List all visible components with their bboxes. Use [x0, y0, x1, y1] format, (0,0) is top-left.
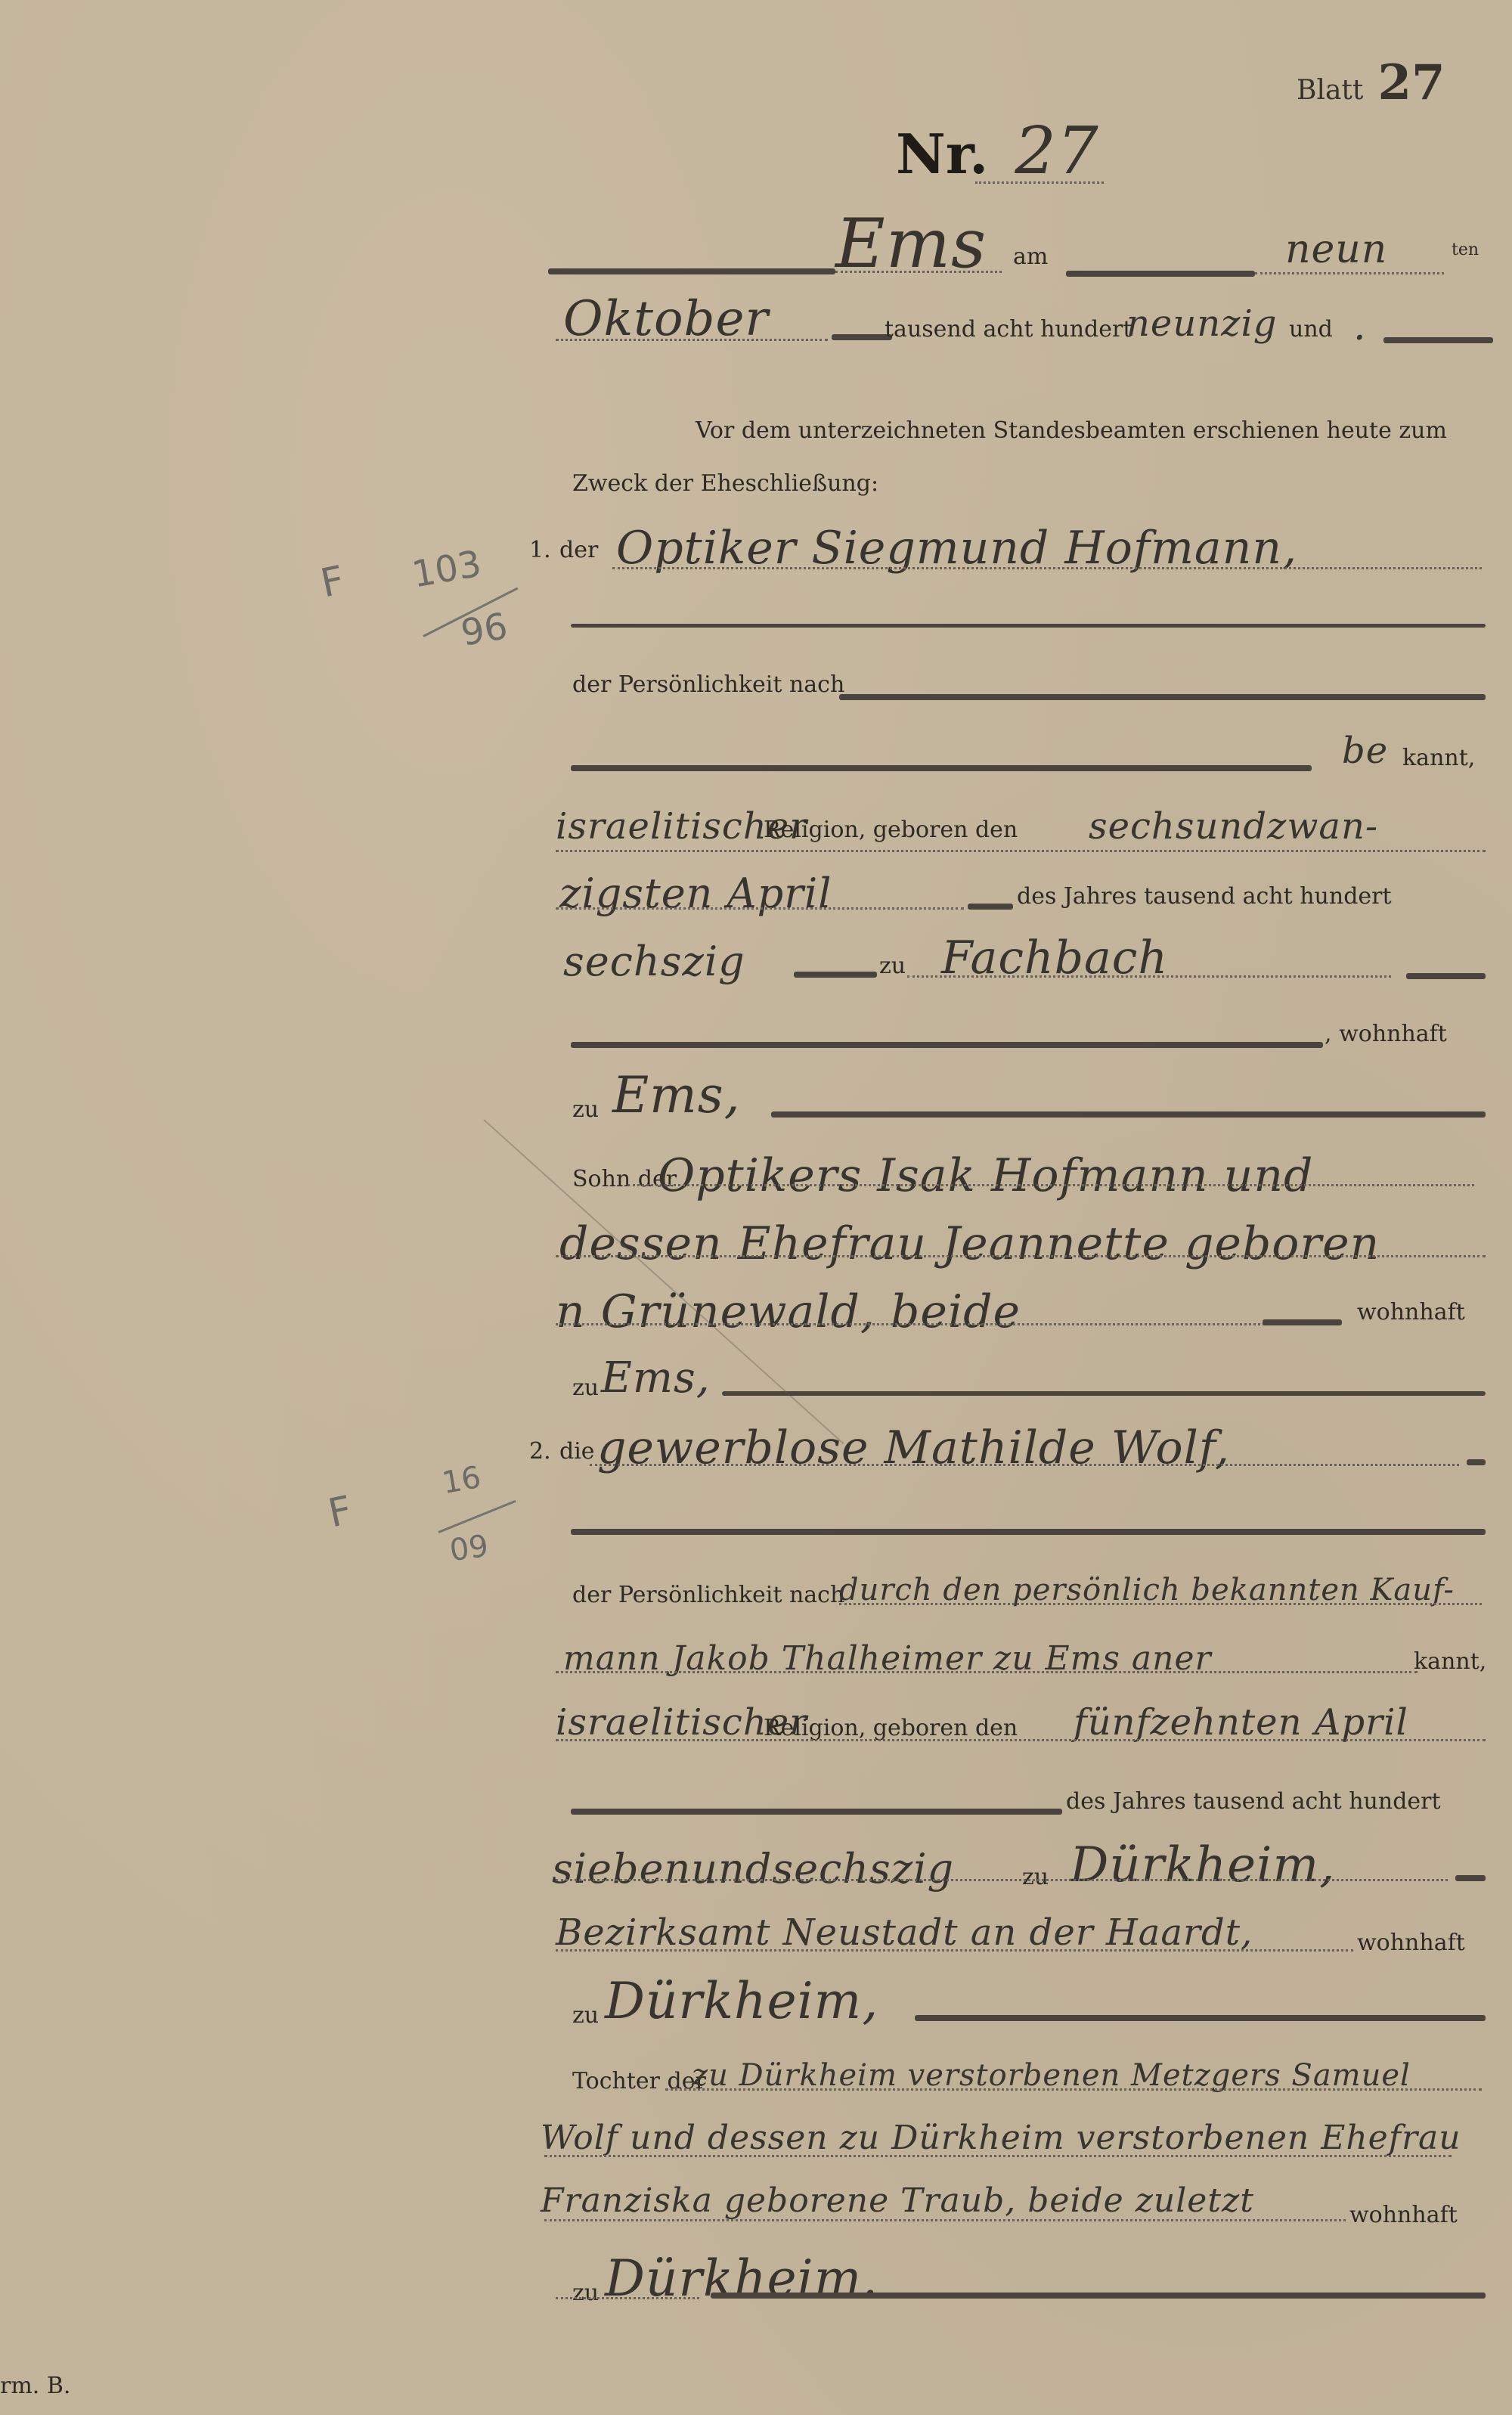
groom-name-underline [612, 567, 1482, 569]
groom-identity-label: der Persönlichkeit nach [572, 671, 844, 698]
groom-article: der [559, 537, 598, 563]
bride-religion-label: Religion, geboren den [764, 1715, 1018, 1741]
bride-birth-place: Dürkheim, [1070, 1837, 1336, 1893]
month-underline [556, 339, 828, 341]
groom-parents-underline-1 [627, 1184, 1474, 1186]
groom-birthplace-underline [907, 975, 1391, 978]
und-label: und [1289, 316, 1333, 343]
bride-name-occupation: gewerblose Mathilde Wolf, [597, 1421, 1230, 1474]
bride-identity-underline-2 [556, 1671, 1417, 1673]
groom-residence-label: , wohnhaft [1325, 1021, 1447, 1047]
groom-parents-zu-bar [722, 1391, 1486, 1396]
groom-number: 1. [529, 537, 551, 563]
bride-residence-label: wohnhaft [1357, 1930, 1465, 1956]
bride-identity-underline-1 [839, 1603, 1482, 1605]
bride-parents-residence-bar [711, 2293, 1486, 2299]
groom-religion-label: Religion, geboren den [764, 817, 1018, 843]
groom-residence-bar-2 [771, 1111, 1486, 1118]
margin-note-denominator: 96 [458, 605, 511, 655]
groom-religion-underline [556, 850, 1486, 852]
place-prefix-bar [548, 268, 835, 274]
entry-number: Nr. 27 [896, 113, 1099, 189]
groom-birth-day: sechsundzwan- [1089, 805, 1378, 848]
blatt-number: 27 [1377, 54, 1445, 111]
bride-birthplace-underline [556, 1879, 1448, 1881]
month-suffix-bar [832, 334, 892, 340]
groom-identity-bar-2 [571, 765, 1312, 771]
bride-residence-bar [915, 2015, 1486, 2021]
bride-birth-year: siebenundsechszig [552, 1845, 954, 1893]
year-prefix-label: tausend acht hundert [885, 316, 1132, 343]
und-suffix-bar [1383, 337, 1493, 343]
bride-birth-day: fünfzehnten April [1074, 1701, 1408, 1744]
bride-birth-district: Bezirksamt Neustadt an der Haardt, [556, 1911, 1253, 1954]
place-underline [835, 271, 1002, 273]
groom-year-label: des Jahres tausend acht hundert [1017, 883, 1392, 910]
groom-birthday-bar [968, 904, 1013, 910]
bride-parents-residence-label: wohnhaft [1349, 2202, 1458, 2228]
groom-birth-day-cont: zigsten April [559, 870, 832, 917]
groom-birthplace-bar [1406, 973, 1486, 979]
groom-parents-residence-label: wohnhaft [1357, 1299, 1465, 1325]
bride-residence-value: Dürkheim, [605, 1972, 878, 2030]
year-value: neunzig [1126, 302, 1278, 345]
groom-identity-bar [839, 694, 1486, 700]
groom-known-label: kannt, [1402, 745, 1475, 771]
bride-parents-line-2: Wolf und dessen zu Dürkheim verstorbenen… [541, 2119, 1461, 2157]
bride-known-label: kannt, [1414, 1648, 1486, 1675]
groom-name-bar-2 [571, 624, 1486, 628]
bride-year-label: des Jahres tausend acht hundert [1066, 1788, 1441, 1815]
day-suffix: ten [1452, 240, 1479, 259]
bride-district-underline [556, 1949, 1353, 1952]
groom-residence-bar [571, 1042, 1323, 1048]
day-underline [1255, 272, 1444, 274]
bride-identity-label: der Persönlichkeit nach [572, 1582, 844, 1608]
intro-line-1: Vor dem unterzeichneten Standesbeamten e… [696, 417, 1447, 444]
bride-name-underline [590, 1464, 1459, 1466]
groom-parents-line-2: dessen Ehefrau Jeannette geboren [559, 1217, 1380, 1270]
groom-birthyear-bar [794, 972, 877, 978]
margin-note-groom: F 103 96 [306, 556, 518, 677]
groom-birth-year: sechszig [563, 938, 745, 985]
day-prefix-bar [1066, 271, 1255, 277]
bride-parents-residence-underline [556, 2297, 699, 2299]
nr-value: 27 [1015, 113, 1098, 189]
day-value: neun [1285, 227, 1387, 272]
margin-note-symbol: F [324, 1488, 356, 1537]
und-value: . [1353, 304, 1367, 349]
margin-note-bride: F 16 09 [321, 1474, 518, 1595]
groom-parents-underline-3 [556, 1323, 1274, 1325]
bride-parents-underline-2 [544, 2155, 1452, 2157]
margin-note-denominator: 09 [448, 1529, 491, 1569]
margin-note-numerator: 16 [439, 1460, 483, 1501]
intro-line-2: Zweck der Eheschließung: [572, 470, 878, 497]
nr-underline [975, 181, 1104, 184]
bride-parents-underline-3 [544, 2219, 1346, 2221]
groom-birthday-underline [556, 907, 964, 910]
form-label: rm. B. [0, 2373, 70, 2399]
groom-parents-residence-zu: zu [572, 1375, 599, 1401]
groom-residence-value: Ems, [612, 1066, 741, 1124]
groom-zu-label: zu [879, 953, 906, 979]
am-label: am [1013, 243, 1048, 270]
bride-name-bar [1467, 1459, 1486, 1465]
groom-residence-zu: zu [572, 1096, 599, 1123]
margin-note-numerator: 103 [409, 542, 485, 596]
groom-parents-underline-2 [556, 1255, 1486, 1257]
margin-note-symbol: F [317, 558, 349, 607]
bride-birthplace-bar [1455, 1875, 1486, 1881]
bride-parents-residence-zu: zu [572, 2280, 599, 2306]
bride-zu-label: zu [1022, 1864, 1049, 1890]
blatt-label: Blatt [1297, 75, 1363, 106]
groom-parents-line-3: n Grünewald, beide [556, 1285, 1021, 1338]
groom-parents-line-1: Optikers Isak Hofmann und [658, 1149, 1313, 1202]
bride-residence-zu: zu [572, 2002, 599, 2029]
groom-known-prefix: be [1342, 730, 1388, 772]
bride-name-bar-2 [571, 1529, 1486, 1535]
bride-birthday-bar [571, 1809, 1062, 1815]
groom-parents-bar [1263, 1319, 1342, 1325]
margin-note-fraction-line [438, 1500, 516, 1533]
bride-parents-underline-1 [665, 2088, 1482, 2091]
bride-number: 2. [529, 1438, 551, 1465]
bride-religion-underline [556, 1739, 1486, 1741]
bride-article: die [559, 1438, 595, 1465]
blatt-header: Blatt 27 [1297, 54, 1445, 111]
bride-parents-line-3: Franziska geborene Traub, beide zuletzt [541, 2181, 1254, 2220]
groom-parents-residence-value: Ems, [601, 1353, 711, 1403]
nr-label: Nr. [896, 122, 988, 186]
